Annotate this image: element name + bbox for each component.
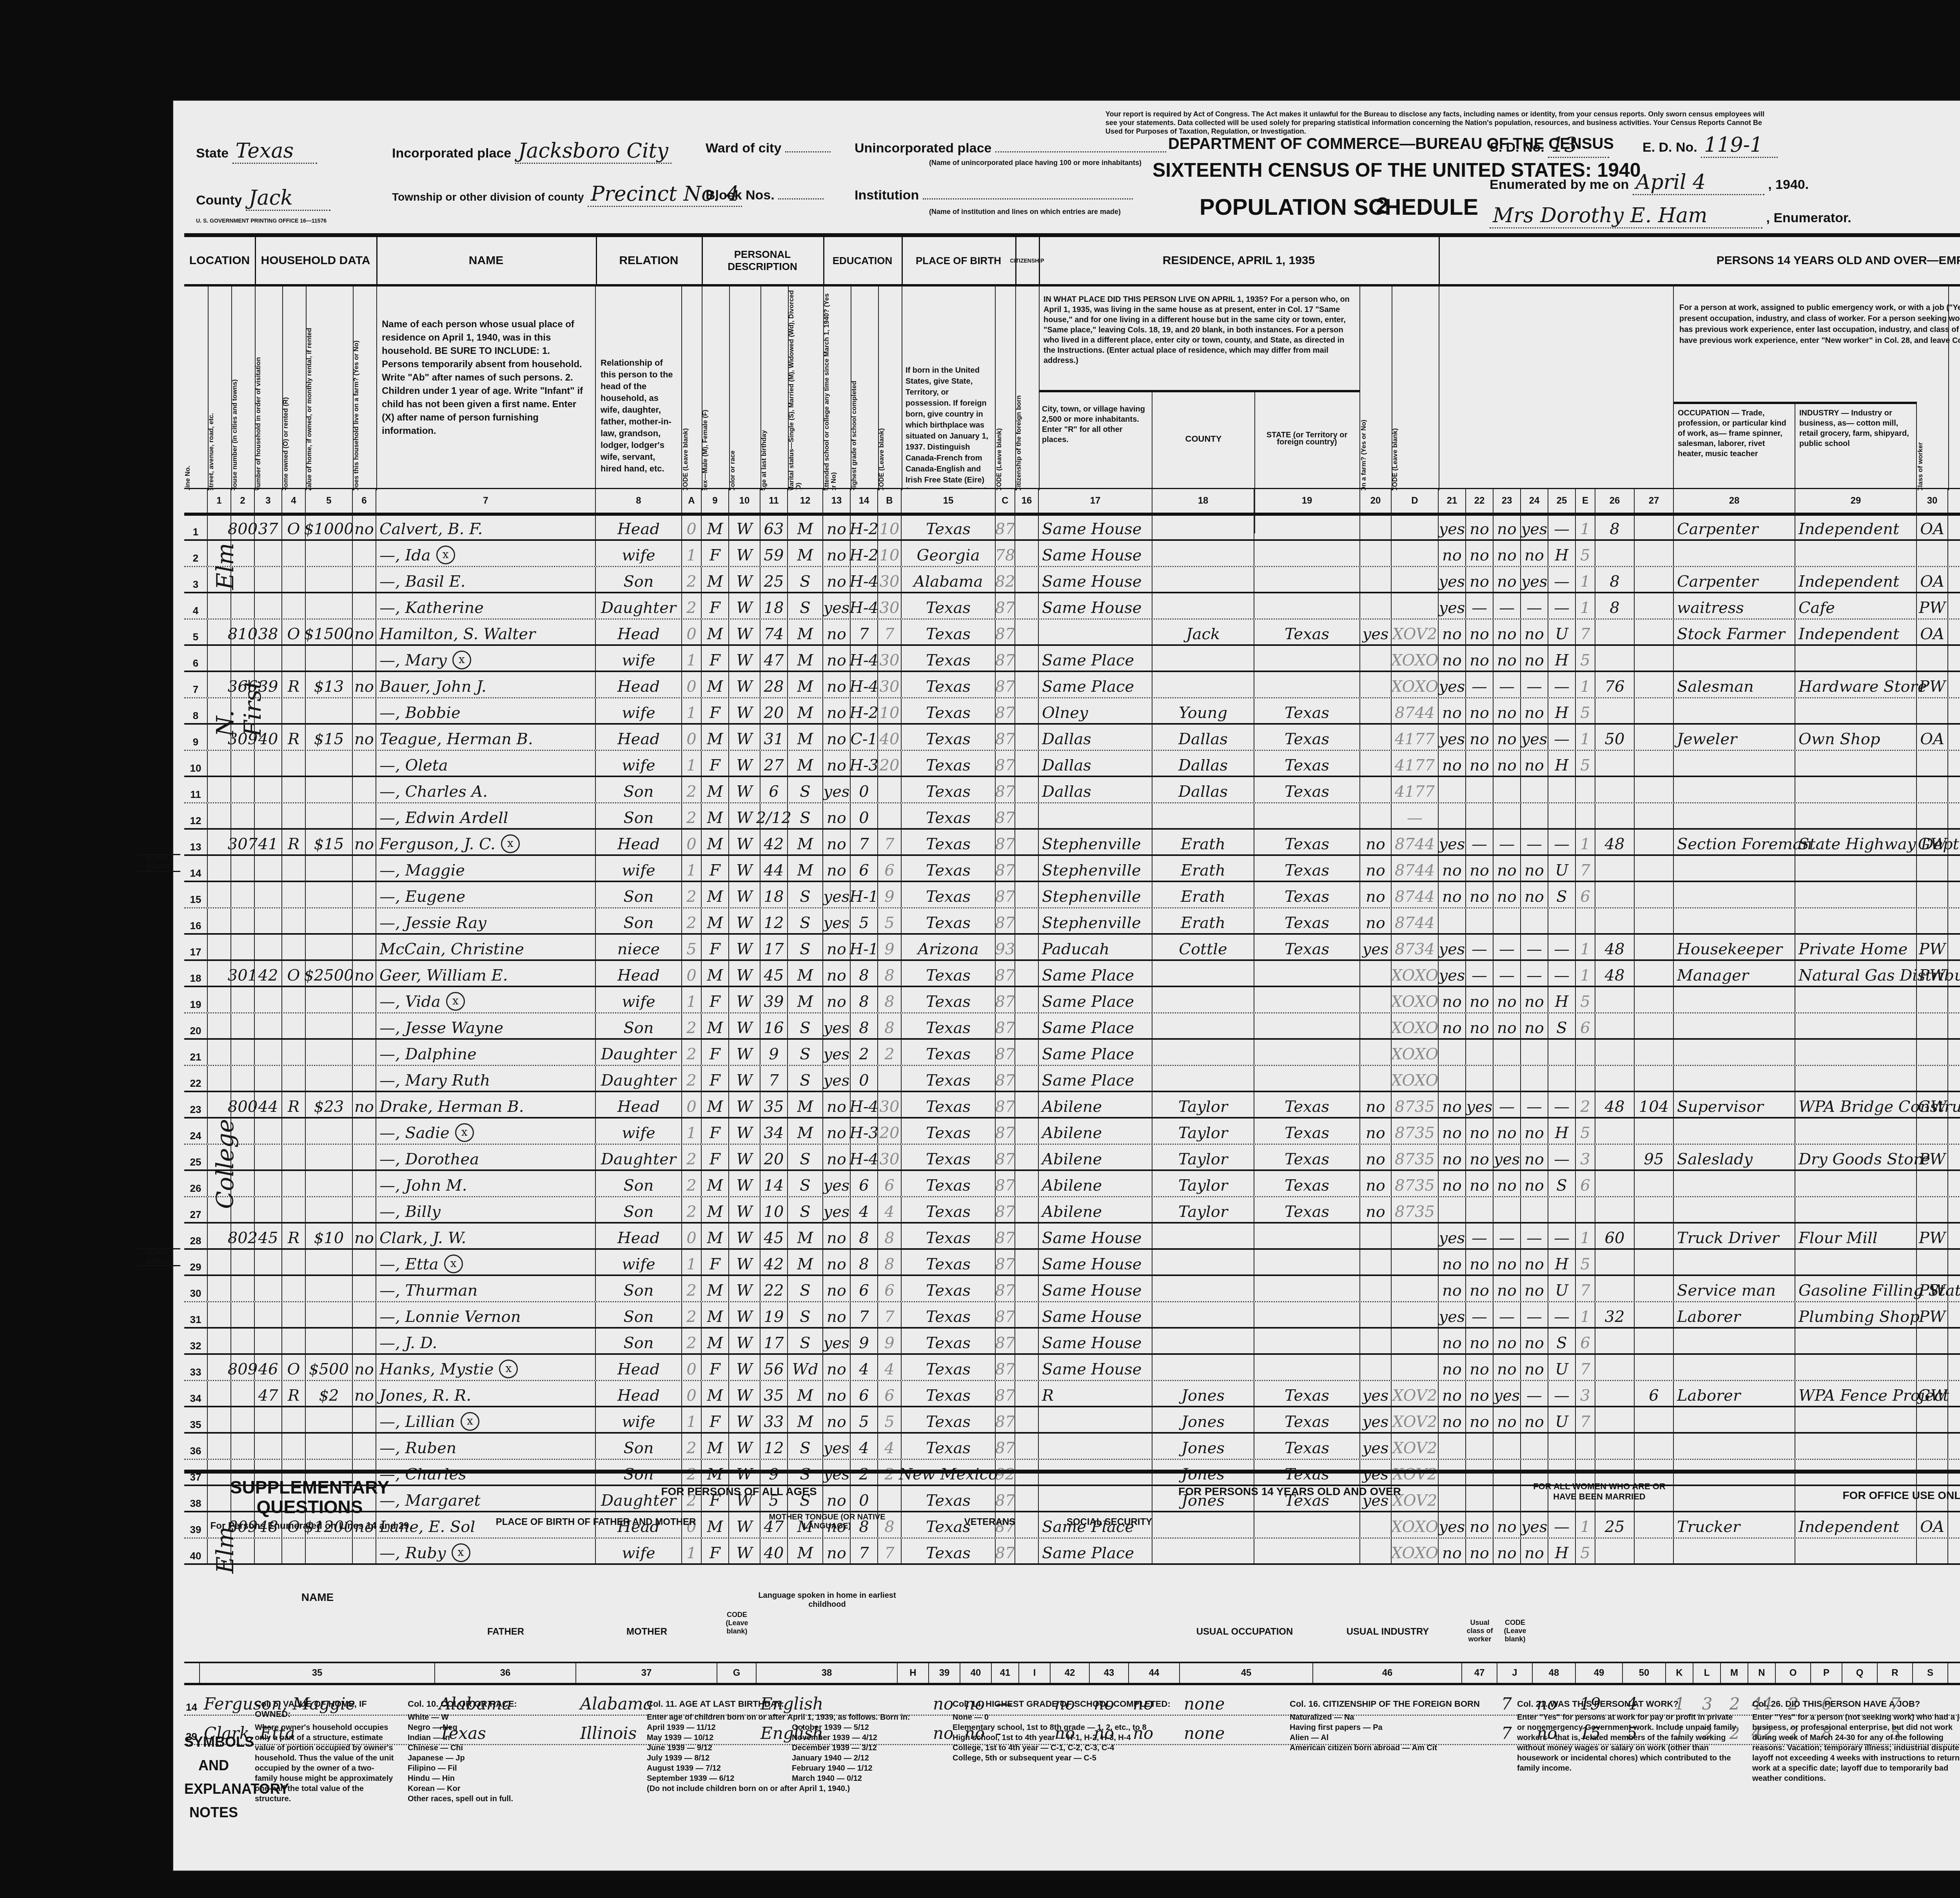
subhead-birth-instructions: If born in the United States, give State… [902,284,996,488]
cell-relation: Son [596,1302,682,1327]
table-row[interactable]: 17McCain, Christineniece5FW17SnoH-19Ariz… [184,935,1960,961]
subhead-on-farm: On a farm? (Yes or No) [1360,286,1367,490]
code-b-value: 30 [880,651,900,669]
cell-code-e: 1 [1576,515,1595,540]
res-city-value: Same Place [1042,1045,1134,1063]
cell-hh [255,567,282,592]
sex-value: F [710,940,720,958]
cell-birth: Texas [902,1197,996,1222]
c22-value: no [1470,573,1489,591]
relation-value: Head [617,1387,660,1405]
res-city-value: Same Place [1042,966,1134,984]
block-field[interactable]: Block Nos. [706,186,824,203]
cell-farm: no [353,961,376,986]
code-e-value: 1 [1580,599,1590,617]
cell-res-state: Texas [1254,698,1360,723]
cell-occupation [1674,856,1795,881]
cell-own [282,882,306,907]
cell-grade: H-3 [851,1118,878,1144]
code-b-value: 7 [884,625,894,643]
subhead-name-instructions: Name of each person whose usual place of… [376,284,596,488]
code-c-value: 87 [995,625,1015,643]
cell-res-city: Stephenville [1039,830,1152,855]
cell-class [1917,777,1948,802]
subhead-value-rent: Value of home, if owned, or monthly rent… [306,286,313,490]
table-row[interactable]: 20—, Jesse WayneSon2MW16Syes88Texas87Sam… [184,1013,1960,1040]
sex-value: M [707,1177,723,1195]
cell-class: PW [1917,672,1948,697]
cell-c26: 48 [1595,935,1635,960]
cell-sex: F [702,593,729,618]
cell-code-c: 93 [996,935,1015,960]
cell-hh [255,882,282,907]
birth-value: Texas [926,1439,971,1457]
birth-value: Texas [926,1045,971,1063]
cell-code-d: XOXO [1392,1066,1439,1091]
school-value: yes [824,888,850,906]
note-col16-title: Col. 16. CITIZENSHIP OF THE FOREIGN BORN [1290,1699,1494,1709]
name-value: Calvert, B. F. [379,520,483,538]
cell-c25: U [1548,620,1576,645]
cell-farm [353,1145,376,1170]
cell-c26 [1595,1066,1635,1091]
cell-marital: S [788,1302,823,1327]
cell-farm: no [353,1224,376,1249]
cell-marital: M [788,1092,823,1117]
cell-industry [1795,1197,1917,1222]
cell-cit [1015,751,1039,776]
code-b-value: 30 [880,1150,900,1168]
table-row[interactable]: 25—, DorotheaDaughter2FW20SnoH-430Texas8… [184,1145,1960,1171]
hh-value: 44 [258,1098,278,1116]
group-personal: PERSONAL DESCRIPTION [702,237,824,284]
cell-c23: no [1494,698,1521,723]
grade-value: 8 [859,966,869,984]
cell-c21: yes [1439,567,1466,592]
note-item: Filipino — Fil [408,1763,627,1773]
cell-marital: S [788,1171,823,1196]
table-row[interactable]: 24—, Sadiexwife1FW34MnoH-320Texas87Abile… [184,1118,1960,1145]
ward-field[interactable]: Ward of city [706,139,831,156]
cell-code-d [1392,1276,1439,1301]
res-state-value: Texas [1285,1124,1329,1142]
line-value: 24 [190,1130,201,1142]
code-e-value: 1 [1580,573,1590,591]
grade-value: H-3 [849,756,878,774]
cell-birth: Texas [902,882,996,907]
age-value: 27 [764,756,784,774]
cell-res-county: Dallas [1152,777,1254,802]
cell-code-f [1948,698,1960,723]
race-value: W [736,993,752,1011]
cell-code-e: 5 [1576,698,1595,723]
table-row[interactable]: 3—, Basil E.Son2MW25SnoH-430Alabama82Sam… [184,567,1960,593]
cell-class: PW [1917,1276,1948,1301]
cell-class [1917,987,1948,1012]
cell-c23: — [1494,672,1521,697]
enumerator-field[interactable]: Mrs Dorothy E. Ham , Enumerator. [1490,204,1851,228]
cell-class: OA [1917,515,1948,540]
name-value: —, Edwin Ardell [379,809,508,827]
birth-value: Texas [926,1124,971,1142]
age-value: 2/12 [756,809,791,827]
cell-industry: WPA Bridge Construction [1795,1092,1917,1117]
table-row[interactable]: 21—, DalphineDaughter2FW9Syes22Texas87Sa… [184,1040,1960,1066]
grade-value: 9 [859,1334,869,1352]
cell-cit [1015,1145,1039,1170]
table-row[interactable]: 29—, Ettaxwife1FW42Mno88Texas87Same Hous… [184,1250,1960,1276]
cell-res-city: Same House [1039,1329,1152,1354]
cell-own: O [282,620,306,645]
cell-grade: 6 [851,1171,878,1196]
table-row[interactable]: 581038O$1500noHamilton, S. WalterHead0MW… [184,620,1960,646]
birth-value: Texas [926,1177,971,1195]
cell-code-e: 1 [1576,1302,1595,1327]
name-value: —, Billy [379,1203,441,1221]
cell-house [231,803,255,828]
table-row[interactable]: 36—, RubenSon2MW12Syes44Texas87JonesTexa… [184,1434,1960,1460]
cell-c25: H [1548,541,1576,566]
cell-hh [255,1013,282,1039]
marital-value: M [797,730,813,748]
cell-c22: no [1466,1381,1494,1406]
occupation-value: Housekeeper [1677,940,1782,958]
cell-res-state: Texas [1254,1197,1360,1222]
marital-value: S [800,1203,810,1221]
unincorporated-field[interactable]: Unincorporated place [855,139,1166,156]
cell-school: no [823,751,851,776]
code-c-value: 87 [995,1203,1015,1221]
cell-name: —, Katherine [376,593,596,618]
cell-own [282,1145,306,1170]
c23-value: no [1497,625,1517,643]
state-field[interactable]: State Texas [196,139,317,164]
subhead-code-b: CODE (Leave blank) [878,286,885,490]
table-row[interactable]: 19—, Vidaxwife1FW39Mno88Texas87Same Plac… [184,987,1960,1013]
res-city-value: Same House [1042,546,1142,564]
cell-code-c: 87 [996,1197,1015,1222]
code-b-value: 30 [880,599,900,617]
note-col21: Col. 21. WAS THIS PERSON AT WORK? Enter … [1517,1699,1737,1773]
cell-code-c: 87 [996,1066,1015,1091]
c24-value: no [1524,1413,1544,1431]
table-row[interactable]: 31—, Lonnie VernonSon2MW19Sno77Texas87Sa… [184,1302,1960,1329]
cell-name: Clark, J. W. [376,1224,596,1249]
cell-c23 [1494,1040,1521,1065]
incorporated-place-field[interactable]: Incorporated place Jacksboro City [392,139,671,164]
township-field[interactable]: Township or other division of county Pre… [392,182,742,207]
table-row[interactable]: 3447R$2noJones, R. R.Head0MW35Mno66Texas… [184,1381,1960,1407]
column-number: 3 [255,489,282,513]
cell-hh [255,777,282,802]
cell-code-b: 30 [878,1145,902,1170]
occupation-value: Laborer [1677,1387,1740,1405]
cell-age: 47 [760,646,788,671]
table-row[interactable]: 26—, John M.Son2MW14Syes66Texas87Abilene… [184,1171,1960,1197]
cell-c22: no [1466,1171,1494,1196]
name-value: Jones, R. R. [379,1387,471,1405]
cell-c23: no [1494,567,1521,592]
table-row[interactable]: 736639R$13noBauer, John J.Head0MW28MnoH-… [184,672,1960,698]
cell-age: 10 [760,1197,788,1222]
cell-res-county: Cottle [1152,935,1254,960]
cell-code-f: 320 854 [1948,725,1960,750]
cell-name: —, Basil E. [376,567,596,592]
res-county-value: Cottle [1179,940,1227,958]
table-row[interactable]: 30—, ThurmanSon2MW22Sno66Texas87Same Hou… [184,1276,1960,1302]
informant-circle-x-icon: x [444,1254,463,1273]
table-row[interactable]: 22—, Mary RuthDaughter2FW7Syes0Texas87Sa… [184,1066,1960,1092]
marital-value: S [800,1071,810,1089]
table-row[interactable]: 15—, EugeneSon2MW18SyesH-19Texas87Stephe… [184,882,1960,908]
table-row[interactable]: 10—, Oletawife1FW27MnoH-320Texas87Dallas… [184,751,1960,777]
supp-column-number: 37 [576,1663,717,1683]
cell-res-state [1254,987,1360,1012]
sex-value: M [707,520,723,538]
county-value: Jack [246,186,330,211]
cell-code-e: 1 [1576,725,1595,750]
cell-c24: no [1521,1250,1548,1275]
supp-parent-birth-head: PLACE OF BIRTH OF FATHER AND MOTHER [435,1517,757,1528]
cell-res-county: Taylor [1152,1197,1254,1222]
cell-code-a: 2 [682,777,702,802]
res-state-value: Texas [1285,704,1329,722]
cell-c25: — [1548,567,1576,592]
cell-c22: — [1466,830,1494,855]
institution-field[interactable]: Institution [855,186,1133,203]
c22-value: — [1472,1229,1487,1247]
sd-label: S. D. No. [1490,140,1544,155]
c25-value: U [1555,1360,1568,1378]
cell-code-c: 87 [996,1329,1015,1354]
cell-code-e: 3 [1576,1145,1595,1170]
cell-grade: H-1 [851,882,878,907]
table-row[interactable]: 14—, Maggiewife1FW44Mno66Texas87Stephenv… [184,856,1960,882]
line-value: 32 [190,1340,201,1352]
code-d-value: XOV2 [1392,625,1437,643]
cell-house [231,1407,255,1432]
cell-farm [353,1434,376,1459]
cell-industry [1795,882,1917,907]
marital-value: M [797,678,813,696]
c23-value: no [1497,1124,1517,1142]
cell-res-state: Texas [1254,1145,1360,1170]
birth-value: Texas [926,809,971,827]
supp-code-j-head: CODE (Leave blank) [1497,1619,1533,1643]
sd-field[interactable]: S. D. No. 13 [1490,133,1609,158]
code-a-value: 2 [686,1071,696,1089]
table-row[interactable]: 6—, Maryxwife1FW47MnoH-430Texas87Same Pl… [184,646,1960,672]
cell-school: no [823,1302,851,1327]
cell-grade: 6 [851,1276,878,1301]
cell-code-b: 8 [878,1224,902,1249]
table-row[interactable]: 27—, BillySon2MW10Syes44Texas87AbileneTa… [184,1197,1960,1224]
table-row[interactable]: 2880245R$10noClark, J. W.Head0MW45Mno88T… [184,1224,1960,1250]
res-state-value: Texas [1285,861,1329,879]
table-row[interactable]: 16—, Jessie RaySon2MW12Syes55Texas87Step… [184,908,1960,935]
cell-c24: — [1521,593,1548,618]
cell-own [282,987,306,1012]
cell-res-city: Same Place [1039,1066,1152,1091]
cell-res-city: Abilene [1039,1171,1152,1196]
county-field[interactable]: County Jack [196,186,330,211]
cell-value [306,698,353,723]
race-value: W [736,1071,752,1089]
cell-street [208,1250,231,1275]
cell-grade: 4 [851,1197,878,1222]
cell-c24: — [1521,1302,1548,1327]
sex-value: M [707,1282,723,1300]
school-value: no [827,1098,846,1116]
cell-street [208,1381,231,1406]
occupation-value: Jeweler [1677,730,1737,748]
cell-c24 [1521,908,1548,934]
cell-occupation [1674,1355,1795,1380]
code-b-value: 9 [884,888,894,906]
cell-code-d: XOV2 [1392,1407,1439,1432]
code-c-value: 87 [995,1255,1015,1273]
cell-c24: yes [1521,567,1548,592]
note-col14-title: Col. 14. HIGHEST GRADE OF SCHOOL COMPLET… [953,1699,1266,1709]
code-c-value: 93 [995,940,1015,958]
occupation-value: Section Foreman [1677,835,1812,853]
supp-column-number: 35 [200,1663,435,1683]
race-value: W [736,940,752,958]
table-row[interactable]: 32—, J. D.Son2MW17Syes99Texas87Same Hous… [184,1329,1960,1355]
cell-c22: — [1466,935,1494,960]
res-farm-value: yes [1363,1387,1389,1405]
cell-c21: no [1439,751,1466,776]
cell-street [208,1329,231,1354]
note-item: Naturalized — Na [1290,1712,1494,1722]
cell-street [208,908,231,934]
subhead-school: Attended school or college any time sinc… [823,286,837,490]
cell-own: R [282,1092,306,1117]
cell-farm: no [353,672,376,697]
c23-value: — [1499,599,1515,617]
cell-industry: Own Shop [1795,725,1917,750]
res-city-value: Same House [1042,1308,1142,1326]
cell-c21 [1439,1197,1466,1222]
table-row[interactable]: 2380044R$23noDrake, Herman B.Head0MW35Mn… [184,1092,1960,1118]
cell-code-b: 30 [878,646,902,671]
c25-value: H [1555,1255,1569,1273]
table-row[interactable]: 2—, Idaxwife1FW59MnoH-210Georgia78Same H… [184,541,1960,567]
subhead-street: Street, avenue, road, etc. [208,286,215,490]
res-farm-value: no [1366,1150,1385,1168]
cell-code-f: 316 V92 [1948,830,1960,855]
cell-race: W [729,1066,760,1091]
age-value: 59 [764,546,784,564]
table-row[interactable]: 11—, Charles A.Son2MW6Syes0Texas87Dallas… [184,777,1960,803]
c23-value: — [1499,1098,1515,1116]
enumerated-date-field[interactable]: Enumerated by me on April 4 , 1940. [1490,170,1809,195]
table-row[interactable]: 1330741R$15noFerguson, J. C.xHead0MW42Mn… [184,830,1960,856]
table-row[interactable]: 1830142O$2500noGeer, William E.Head0MW45… [184,961,1960,987]
cell-industry: Hardware Store [1795,672,1917,697]
c23-value: no [1497,546,1517,564]
cell-c24 [1521,1434,1548,1459]
table-row[interactable]: 930940R$15noTeague, Herman B.Head0MW31Mn… [184,725,1960,751]
cell-c27 [1635,1040,1674,1065]
cell-c26 [1595,1329,1635,1354]
note-item: None — 0 [953,1712,1266,1722]
cell-res-farm: no [1360,856,1392,881]
table-row[interactable]: 12—, Edwin ArdellSon2MW2/12Sno0Texas87—1… [184,803,1960,830]
res-city-value: Same Place [1042,1071,1134,1089]
informant-circle-x-icon: x [455,1123,474,1142]
res-county-value: Dallas [1178,756,1228,774]
line-value: 5 [193,631,198,643]
cell-code-a: 2 [682,1066,702,1091]
line-value: 30 [190,1287,201,1300]
c22-value: no [1470,1360,1489,1378]
note-col21-title: Col. 21. WAS THIS PERSON AT WORK? [1517,1699,1737,1709]
cell-c25: — [1548,1092,1576,1117]
code-e-value: 1 [1580,1229,1590,1247]
cell-cit [1015,908,1039,934]
cell-race: W [729,1250,760,1275]
table-row[interactable]: 4—, KatherineDaughter2FW18SyesH-430Texas… [184,593,1960,620]
race-value: W [736,1229,752,1247]
table-row[interactable]: 180037O$1000noCalvert, B. F.Head0MW63Mno… [184,515,1960,541]
cell-birth: Texas [902,777,996,802]
school-value: no [827,1387,846,1405]
cell-grade: 0 [851,1066,878,1091]
code-c-value: 87 [995,1413,1015,1431]
c21-value: yes [1439,940,1465,958]
cell-c26: 8 [1595,567,1635,592]
race-value: W [736,625,752,643]
cell-res-city: Same House [1039,1224,1152,1249]
cell-res-farm: no [1360,908,1392,934]
note-col26-title: Col. 26. DID THIS PERSON HAVE A JOB? [1752,1699,1960,1709]
birth-value: Texas [926,835,971,853]
sex-value: F [710,704,720,722]
marital-value: S [800,809,810,827]
cell-c24 [1521,1066,1548,1091]
cell-c26: 32 [1595,1302,1635,1327]
cell-name: —, Idax [376,541,596,566]
cell-value [306,751,353,776]
cell-class [1917,803,1948,828]
subhead-employment-cols [1439,284,1674,488]
c23-value: no [1497,888,1517,906]
marital-value: S [800,888,810,906]
cell-res-state [1254,1302,1360,1327]
cell-c26 [1595,856,1635,881]
table-row[interactable]: 3380946O$500noHanks, MystiexHead0FW56Wdn… [184,1355,1960,1381]
cell-cit [1015,1040,1039,1065]
table-row[interactable]: 8—, Bobbiewife1FW20MnoH-210Texas87OlneyY… [184,698,1960,725]
race-value: W [736,704,752,722]
c23-value: — [1499,940,1515,958]
cell-house [231,1302,255,1327]
table-row[interactable]: 35—, Lillianxwife1FW33Mno55Texas87JonesT… [184,1407,1960,1434]
cell-cit [1015,987,1039,1012]
line-value: 27 [190,1209,201,1221]
cell-farm: no [353,515,376,540]
note-col10: Col. 10. COLOR OR RACE: White — WNegro —… [408,1699,627,1804]
cell-c25: S [1548,882,1576,907]
race-value: W [736,861,752,879]
ed-field[interactable]: E. D. No. 119-1 [1642,133,1778,158]
cell-c22: no [1466,1355,1494,1380]
cell-c21: no [1439,698,1466,723]
cell-race: W [729,1013,760,1039]
cell-code-b: 10 [878,541,902,566]
cell-res-state: Texas [1254,751,1360,776]
